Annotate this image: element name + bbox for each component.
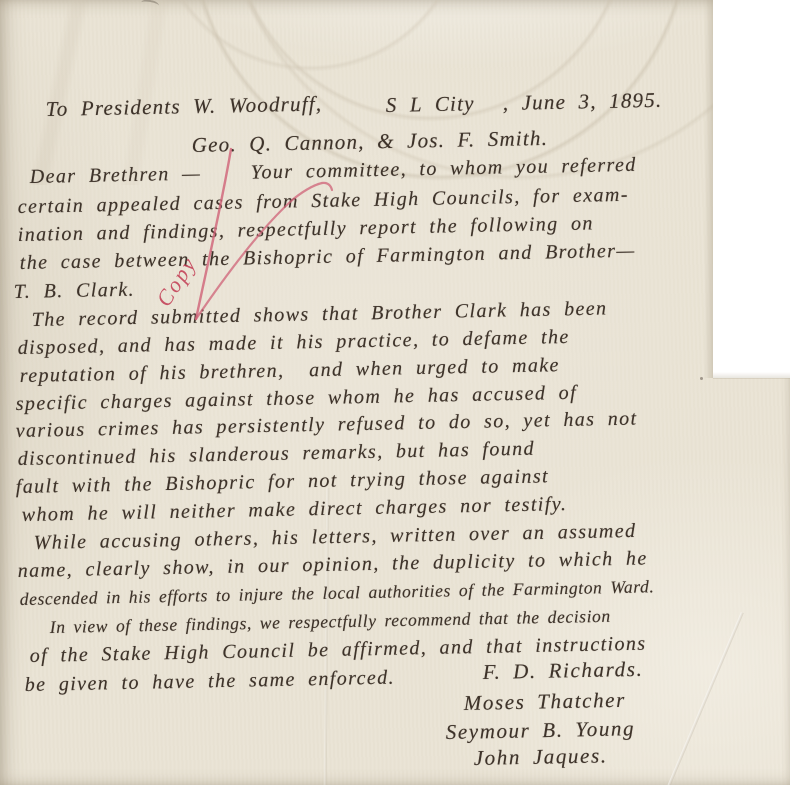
letter-scan-page: To Presidents W. Woodruff, S L City , Ju…: [0, 0, 790, 785]
red-checkmark-stroke-up: [196, 183, 332, 319]
red-ink-overlay: [0, 0, 790, 785]
